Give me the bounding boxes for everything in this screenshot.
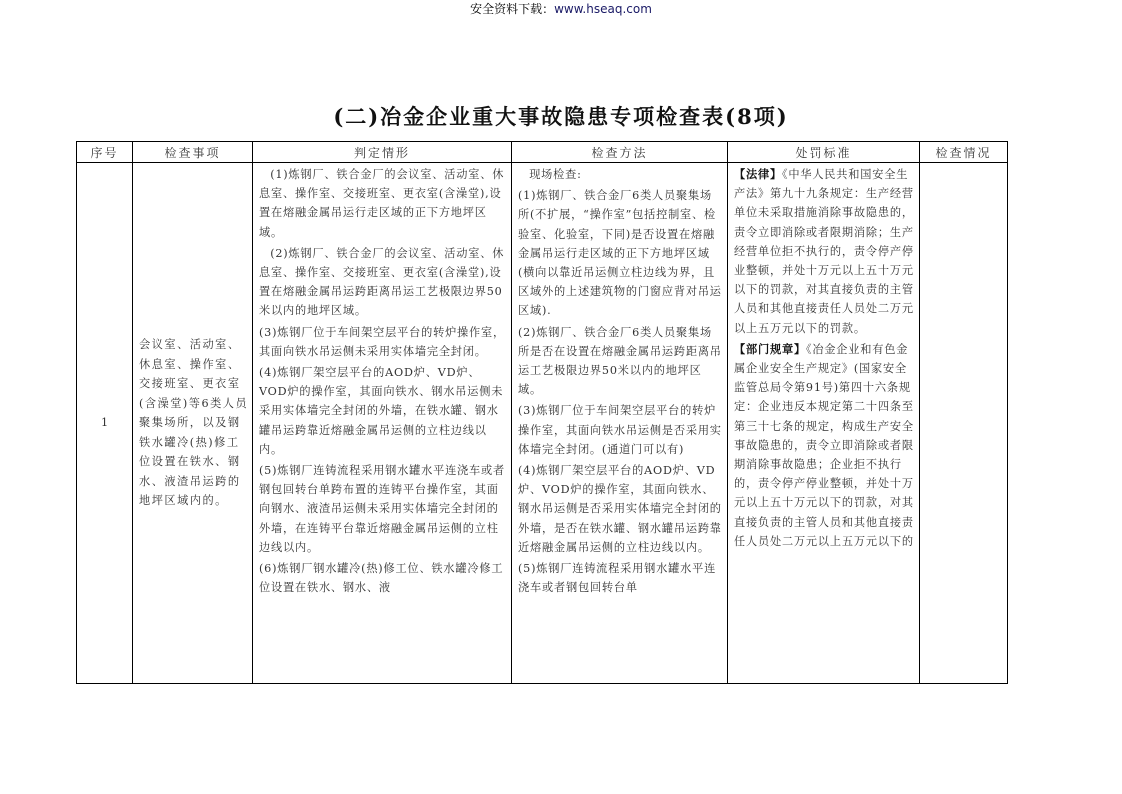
criteria-para-1: (1)炼钢厂、铁合金厂的会议室、活动室、休息室、操作室、交接班室、更衣室(含澡堂… [259, 165, 507, 242]
banner-url[interactable]: www.hseaq.com [554, 2, 652, 16]
table-row: 1 会议室、活动室、休息室、操作室、交接班室、更衣室(含澡堂)等6类人员聚集场所… [77, 163, 1008, 684]
penalty-law-tag: 【法律】 [734, 167, 782, 181]
inspection-table: 序号 检查事项 判定情形 检查方法 处罚标准 检查情况 1 会议室、活动室、休息… [76, 141, 1008, 684]
header-method: 检查方法 [512, 142, 728, 163]
criteria-para-4: (4)炼钢厂架空层平台的AOD炉、VD炉、VOD炉的操作室，其面向铁水、钢水吊运… [259, 363, 507, 459]
penalty-regulation-text: 《冶金企业和有色金属企业安全生产规定》(国家安全监管总局令第91号)第四十六条规… [734, 343, 914, 548]
header-status: 检查情况 [920, 142, 1008, 163]
criteria-para-5: (5)炼钢厂连铸流程采用钢水罐水平连浇车或者钢包回转台单跨布置的连铸平台操作室，… [259, 461, 507, 557]
penalty-regulation-tag: 【部门规章】 [734, 342, 806, 356]
method-para-2: (2)炼钢厂、铁合金厂6类人员聚集场所是否在设置在熔融金属吊运跨距离吊运工艺极限… [518, 323, 723, 400]
method-para-3: (3)炼钢厂位于车间架空层平台的转炉操作室，其面向铁水吊运侧是否采用实体墙完全封… [518, 401, 723, 459]
header-penalty: 处罚标准 [728, 142, 920, 163]
criteria-para-6: (6)炼钢厂钢水罐冷(热)修工位、铁水罐冷修工位设置在铁水、钢水、液 [259, 559, 507, 597]
item-text: 会议室、活动室、休息室、操作室、交接班室、更衣室(含澡堂)等6类人员聚集场所，以… [133, 335, 252, 511]
header-item: 检查事项 [133, 142, 253, 163]
banner-prefix: 安全资料下载： [470, 2, 554, 16]
seq-cell: 1 [77, 163, 133, 684]
table-header-row: 序号 检查事项 判定情形 检查方法 处罚标准 检查情况 [77, 142, 1008, 163]
criteria-para-3: (3)炼钢厂位于车间架空层平台的转炉操作室，其面向铁水吊运侧未采用实体墙完全封闭… [259, 323, 507, 361]
item-cell: 会议室、活动室、休息室、操作室、交接班室、更衣室(含澡堂)等6类人员聚集场所，以… [133, 163, 253, 684]
criteria-cell: (1)炼钢厂、铁合金厂的会议室、活动室、休息室、操作室、交接班室、更衣室(含澡堂… [253, 163, 512, 684]
penalty-regulation: 【部门规章】《冶金企业和有色金属企业安全生产规定》(国家安全监管总局令第91号)… [734, 340, 915, 551]
status-cell[interactable] [920, 163, 1008, 684]
penalty-law-text: 《中华人民共和国安全生产法》第九十九条规定：生产经营单位未采取措施消除事故隐患的… [734, 168, 914, 335]
method-para-5: (5)炼钢厂连铸流程采用钢水罐水平连浇车或者钢包回转台单 [518, 559, 723, 597]
method-para-4: (4)炼钢厂架空层平台的AOD炉、VD炉、VOD炉的操作室，其面向铁水、钢水吊运… [518, 461, 723, 557]
download-banner: 安全资料下载：www.hseaq.com [0, 2, 1122, 16]
method-cell: 现场检查: (1)炼钢厂、铁合金厂6类人员聚集场所(不扩展，“操作室”包括控制室… [512, 163, 728, 684]
penalty-law: 【法律】《中华人民共和国安全生产法》第九十九条规定：生产经营单位未采取措施消除事… [734, 165, 915, 338]
penalty-cell: 【法律】《中华人民共和国安全生产法》第九十九条规定：生产经营单位未采取措施消除事… [728, 163, 920, 684]
page-title: (二)冶金企业重大事故隐患专项检查表(8项) [0, 103, 1122, 131]
method-para-0: 现场检查: [518, 165, 723, 184]
header-seq: 序号 [77, 142, 133, 163]
header-criteria: 判定情形 [253, 142, 512, 163]
method-para-1: (1)炼钢厂、铁合金厂6类人员聚集场所(不扩展，“操作室”包括控制室、检验室、化… [518, 186, 723, 320]
criteria-para-2: (2)炼钢厂、铁合金厂的会议室、活动室、休息室、操作室、交接班室、更衣室(含澡堂… [259, 244, 507, 321]
